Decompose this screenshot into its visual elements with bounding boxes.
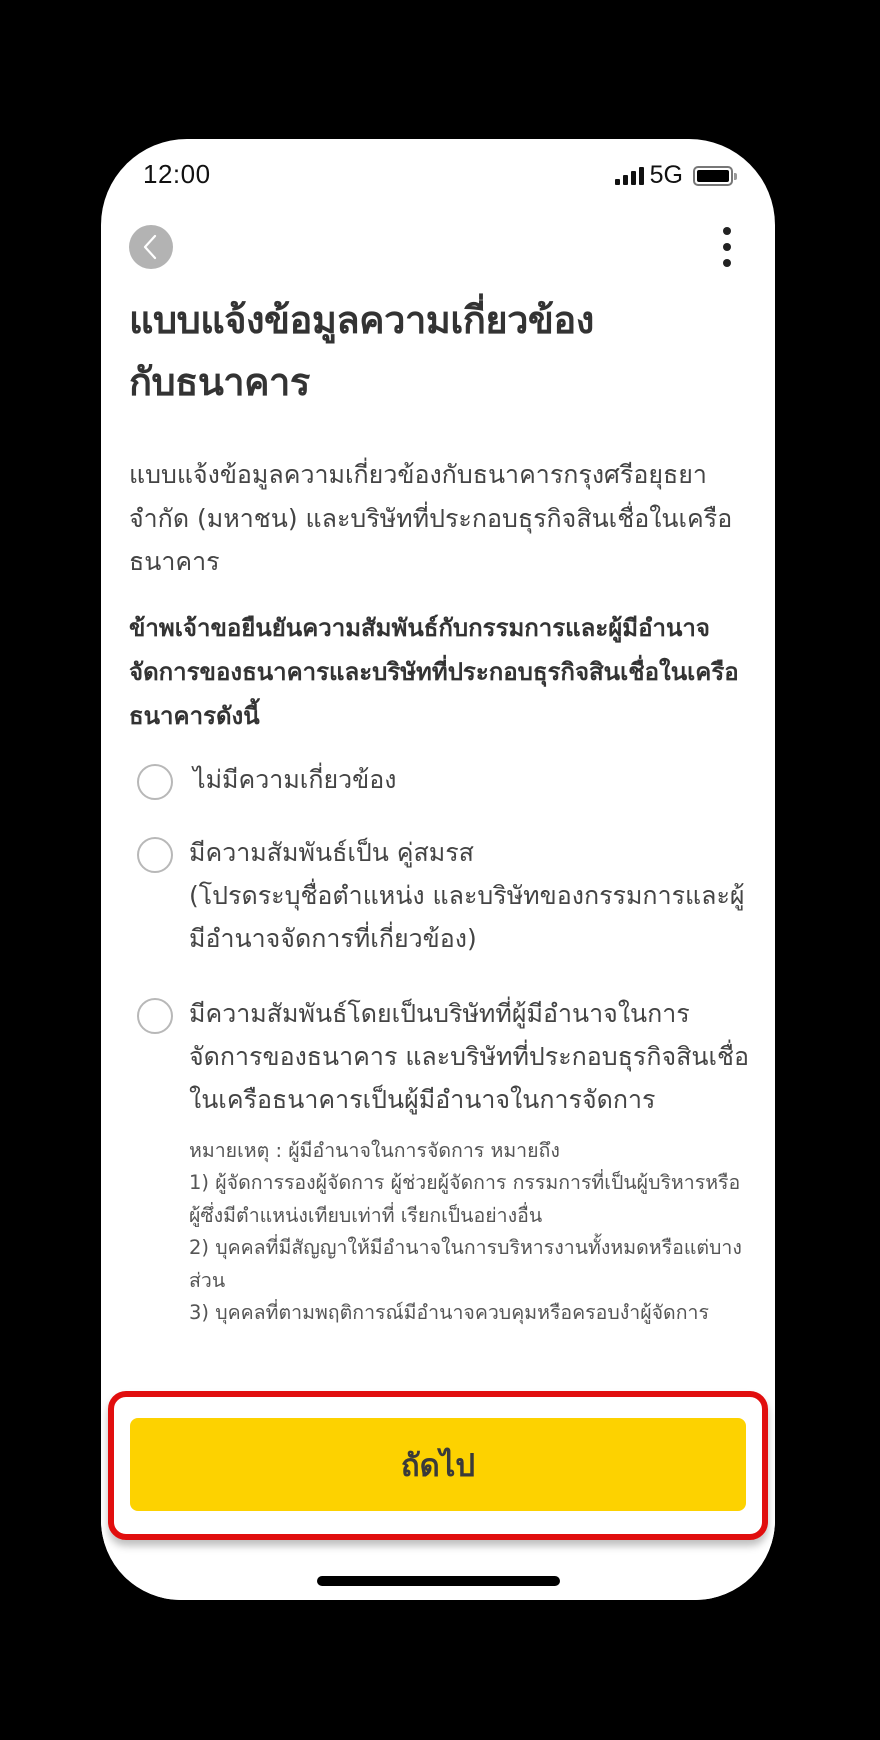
note-item: 2) บุคคลที่มีสัญญาให้มีอำนาจในการบริหารง…	[189, 1232, 749, 1297]
radio-button[interactable]	[137, 764, 173, 800]
radio-button[interactable]	[137, 837, 173, 873]
note-section: หมายเหตุ : ผู้มีอำนาจในการจัดการ หมายถึง…	[189, 1135, 749, 1330]
back-button[interactable]	[129, 225, 173, 269]
form-content: แบบแจ้งข้อมูลความเกี่ยวข้อง กับธนาคาร แบ…	[129, 289, 749, 1330]
option-label: มีความสัมพันธ์เป็น คู่สมรส (โปรดระบุชื่อ…	[189, 831, 749, 960]
network-type: 5G	[650, 161, 683, 190]
page-title-line1: แบบแจ้งข้อมูลความเกี่ยวข้อง	[129, 289, 749, 351]
radio-button[interactable]	[137, 998, 173, 1034]
option-label-line2: (โปรดระบุชื่อตำแหน่ง และบริษัทของกรรมการ…	[189, 881, 745, 953]
status-icons: 5G	[615, 161, 733, 190]
option-no-relation[interactable]: ไม่มีความเกี่ยวข้อง	[129, 758, 749, 801]
option-company-relation[interactable]: มีความสัมพันธ์โดยเป็นบริษัทที่ผู้มีอำนาจ…	[129, 992, 749, 1121]
phone-screen: 12:00 5G แบบแจ้งข้อมูลความเกี่ยวข้อง กับ…	[101, 139, 775, 1600]
kebab-menu-icon[interactable]	[719, 227, 735, 267]
battery-icon	[693, 166, 733, 186]
signal-icon	[615, 167, 644, 185]
relationship-question: ข้าพเจ้าขอยืนยันความสัมพันธ์กับกรรมการแล…	[129, 606, 749, 738]
next-button[interactable]: ถัดไป	[130, 1418, 746, 1511]
chevron-left-icon	[141, 234, 161, 260]
note-heading: หมายเหตุ : ผู้มีอำนาจในการจัดการ หมายถึง	[189, 1135, 749, 1168]
option-label-line1: มีความสัมพันธ์เป็น คู่สมรส	[189, 838, 474, 867]
status-time: 12:00	[143, 159, 211, 190]
option-label: ไม่มีความเกี่ยวข้อง	[193, 758, 397, 801]
option-label: มีความสัมพันธ์โดยเป็นบริษัทที่ผู้มีอำนาจ…	[189, 992, 749, 1121]
note-item: 3) บุคคลที่ตามพฤติการณ์มีอำนาจควบคุมหรือ…	[189, 1297, 749, 1330]
page-description: แบบแจ้งข้อมูลความเกี่ยวข้องกับธนาคารกรุง…	[129, 453, 749, 584]
page-title: แบบแจ้งข้อมูลความเกี่ยวข้อง กับธนาคาร	[129, 289, 749, 413]
page-title-line2: กับธนาคาร	[129, 351, 749, 413]
home-indicator	[317, 1576, 560, 1586]
option-spouse[interactable]: มีความสัมพันธ์เป็น คู่สมรส (โปรดระบุชื่อ…	[129, 831, 749, 960]
note-item: 1) ผู้จัดการรองผู้จัดการ ผู้ช่วยผู้จัดกา…	[189, 1167, 749, 1232]
